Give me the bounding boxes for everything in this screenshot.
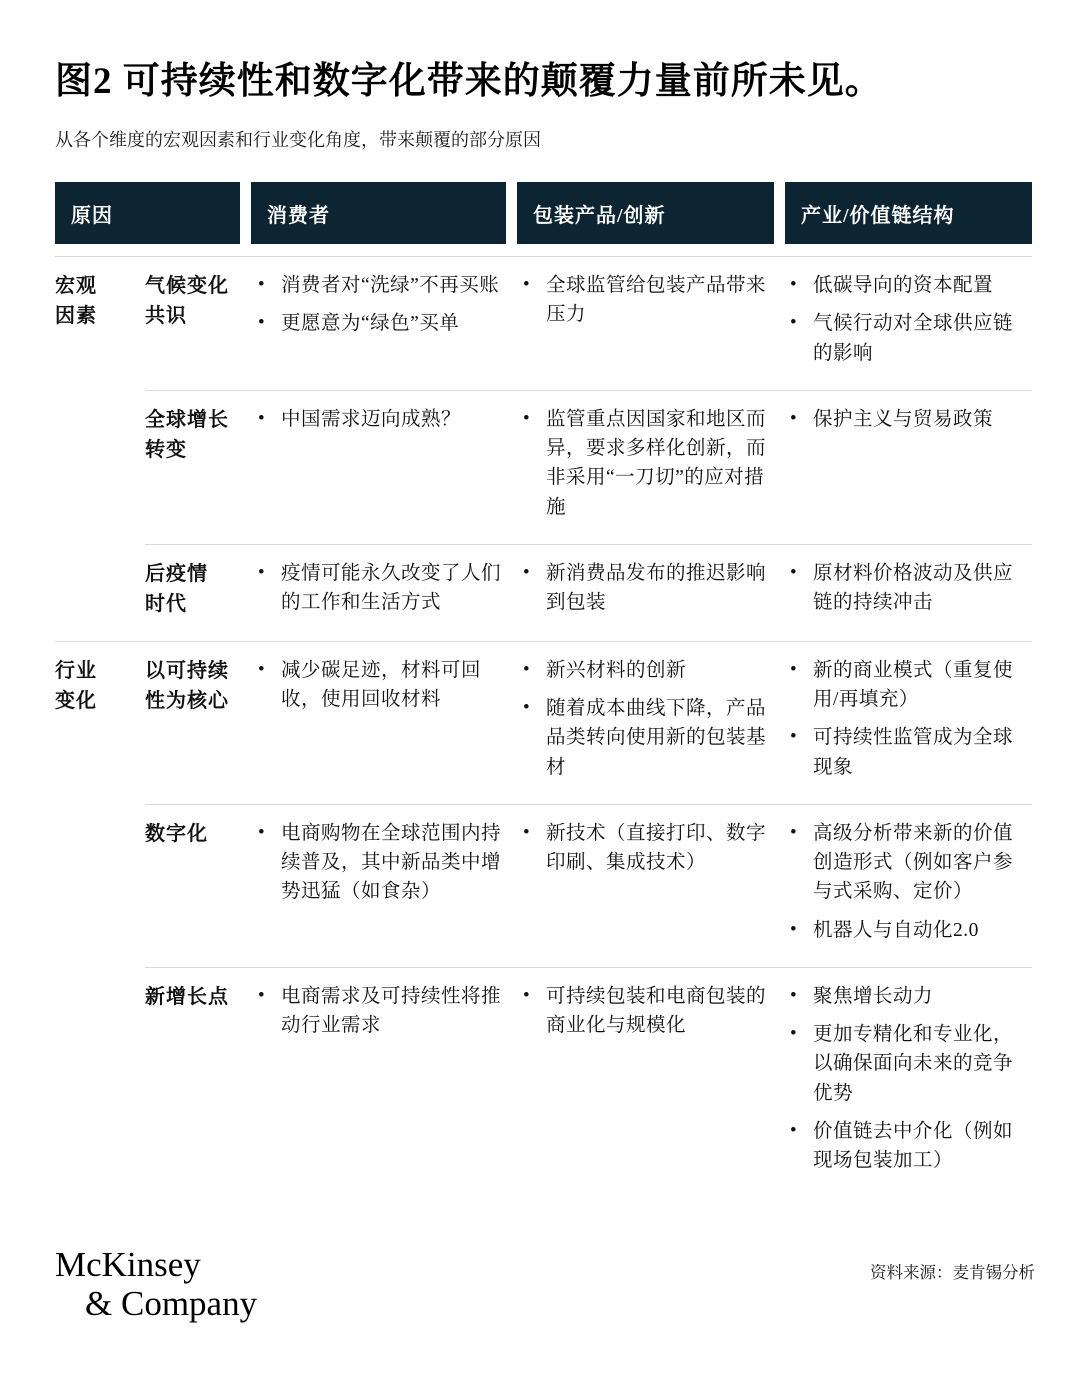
group-label: 宏观 因素 [55,257,145,641]
bullet-icon: • [516,694,546,723]
bullet-text: 新兴材料的创新 [546,656,773,685]
bullet-text: 减少碳足迹，材料可回收，使用回收材料 [281,656,506,715]
bullet-item: •聚焦增长动力 [783,982,1030,1011]
mckinsey-logo: McKinsey & Company [55,1245,257,1323]
bullet-item: •电商购物在全球范围内持续普及，其中新品类中增势迅猛（如食杂） [251,819,506,907]
group-label: 行业 变化 [55,642,145,1198]
industry-cell: •原材料价格波动及供应链的持续冲击 [773,559,1030,619]
column-header-cause: 原因 [55,182,240,244]
bullet-item: •新的商业模式（重复使用/再填充） [783,656,1030,715]
bullet-item: •消费者对“洗绿”不再买账 [251,271,506,300]
packaging-cell: •可持续包装和电商包装的商业化与规模化 [506,982,773,1176]
bullet-icon: • [516,405,546,434]
consumer-cell: •减少碳足迹，材料可回收，使用回收材料 [240,656,506,782]
bullet-item: •价值链去中介化（例如现场包装加工） [783,1117,1030,1176]
bullet-icon: • [783,309,813,338]
bullet-icon: • [783,559,813,588]
bullet-item: •可持续性监管成为全球现象 [783,723,1030,782]
bullet-text: 新技术（直接打印、数字印刷、集成技术） [546,819,773,878]
bullet-item: •可持续包装和电商包装的商业化与规模化 [516,982,773,1041]
bullet-text: 新的商业模式（重复使用/再填充） [813,656,1030,715]
packaging-cell: •全球监管给包装产品带来压力 [506,271,773,368]
bullet-icon: • [783,1020,813,1049]
bullet-text: 新消费品发布的推迟影响到包装 [546,559,773,618]
bullet-text: 低碳导向的资本配置 [813,271,1030,300]
packaging-cell: •新技术（直接打印、数字印刷、集成技术） [506,819,773,945]
bullet-icon: • [783,982,813,1011]
bullet-text: 全球监管给包装产品带来压力 [546,271,773,330]
bullet-text: 价值链去中介化（例如现场包装加工） [813,1117,1030,1176]
consumer-cell: •电商需求及可持续性将推动行业需求 [240,982,506,1176]
table-group: 宏观 因素气候变化 共识•消费者对“洗绿”不再买账•更愿意为“绿色”买单•全球监… [55,256,1032,641]
bullet-item: •全球监管给包装产品带来压力 [516,271,773,330]
group-rows: 以可持续 性为核心•减少碳足迹，材料可回收，使用回收材料•新兴材料的创新•随着成… [145,642,1032,1198]
bullet-item: •更愿意为“绿色”买单 [251,309,506,338]
cause-label: 新增长点 [145,982,240,1176]
cause-label: 数字化 [145,819,240,945]
column-header-packaging: 包装产品/创新 [517,182,774,244]
bullet-icon: • [783,1117,813,1146]
bullet-icon: • [783,723,813,752]
consumer-cell: •电商购物在全球范围内持续普及，其中新品类中增势迅猛（如食杂） [240,819,506,945]
bullet-text: 高级分析带来新的价值创造形式（例如客户参与式采购、定价） [813,819,1030,907]
bullet-icon: • [516,271,546,300]
bullet-text: 原材料价格波动及供应链的持续冲击 [813,559,1030,618]
consumer-cell: •中国需求迈向成熟？ [240,405,506,522]
table-row: 全球增长 转变•中国需求迈向成熟？•监管重点因国家和地区而异，要求多样化创新，而… [145,390,1032,544]
exhibit-page: 图2 可持续性和数字化带来的颠覆力量前所未见。 从各个维度的宏观因素和行业变化角… [0,0,1080,1364]
bullet-icon: • [516,656,546,685]
table-row: 以可持续 性为核心•减少碳足迹，材料可回收，使用回收材料•新兴材料的创新•随着成… [145,642,1032,804]
table-body: 宏观 因素气候变化 共识•消费者对“洗绿”不再买账•更愿意为“绿色”买单•全球监… [55,256,1032,1197]
table-row: 气候变化 共识•消费者对“洗绿”不再买账•更愿意为“绿色”买单•全球监管给包装产… [145,257,1032,390]
bullet-item: •高级分析带来新的价值创造形式（例如客户参与式采购、定价） [783,819,1030,907]
industry-cell: •低碳导向的资本配置•气候行动对全球供应链的影响 [773,271,1030,368]
consumer-cell: •疫情可能永久改变了人们的工作和生活方式 [240,559,506,619]
bullet-item: •疫情可能永久改变了人们的工作和生活方式 [251,559,506,618]
table-header-row: 原因 消费者 包装产品/创新 产业/价值链结构 [55,182,1032,244]
bullet-icon: • [251,819,281,848]
bullet-text: 保护主义与贸易政策 [813,405,1030,434]
bullet-item: •新技术（直接打印、数字印刷、集成技术） [516,819,773,878]
bullet-icon: • [251,271,281,300]
bullet-text: 消费者对“洗绿”不再买账 [281,271,506,300]
cause-label: 以可持续 性为核心 [145,656,240,782]
bullet-text: 机器人与自动化2.0 [813,916,1030,945]
bullet-item: •更加专精化和专业化，以确保面向未来的竞争优势 [783,1020,1030,1108]
source-note: 资料来源：麦肯锡分析 [870,1259,1035,1283]
bullet-item: •减少碳足迹，材料可回收，使用回收材料 [251,656,506,715]
page-footer: McKinsey & Company 资料来源：麦肯锡分析 [55,1245,1035,1323]
page-subtitle: 从各个维度的宏观因素和行业变化角度，带来颠覆的部分原因 [55,126,1032,152]
bullet-icon: • [783,819,813,848]
industry-cell: •聚焦增长动力•更加专精化和专业化，以确保面向未来的竞争优势•价值链去中介化（例… [773,982,1030,1176]
bullet-text: 更加专精化和专业化，以确保面向未来的竞争优势 [813,1020,1030,1108]
bullet-icon: • [783,656,813,685]
logo-line-1: McKinsey [55,1245,201,1284]
packaging-cell: •新兴材料的创新•随着成本曲线下降，产品品类转向使用新的包装基材 [506,656,773,782]
bullet-text: 更愿意为“绿色”买单 [281,309,506,338]
bullet-item: •新消费品发布的推迟影响到包装 [516,559,773,618]
bullet-item: •新兴材料的创新 [516,656,773,685]
bullet-item: •随着成本曲线下降，产品品类转向使用新的包装基材 [516,694,773,782]
bullet-icon: • [251,309,281,338]
page-title: 图2 可持续性和数字化带来的颠覆力量前所未见。 [55,50,1032,104]
bullet-text: 中国需求迈向成熟？ [281,405,506,434]
bullet-text: 电商购物在全球范围内持续普及，其中新品类中增势迅猛（如食杂） [281,819,506,907]
bullet-text: 可持续包装和电商包装的商业化与规模化 [546,982,773,1041]
bullet-item: •机器人与自动化2.0 [783,916,1030,945]
table-row: 数字化•电商购物在全球范围内持续普及，其中新品类中增势迅猛（如食杂）•新技术（直… [145,804,1032,967]
bullet-icon: • [251,982,281,1011]
bullet-text: 监管重点因国家和地区而异，要求多样化创新，而非采用“一刀切”的应对措施 [546,405,773,522]
cause-label: 气候变化 共识 [145,271,240,368]
bullet-text: 电商需求及可持续性将推动行业需求 [281,982,506,1041]
packaging-cell: •监管重点因国家和地区而异，要求多样化创新，而非采用“一刀切”的应对措施 [506,405,773,522]
cause-label: 后疫情 时代 [145,559,240,619]
industry-cell: •新的商业模式（重复使用/再填充）•可持续性监管成为全球现象 [773,656,1030,782]
bullet-icon: • [251,405,281,434]
bullet-icon: • [251,656,281,685]
bullet-icon: • [516,559,546,588]
cause-label: 全球增长 转变 [145,405,240,522]
logo-line-2: & Company [55,1284,257,1323]
bullet-item: •监管重点因国家和地区而异，要求多样化创新，而非采用“一刀切”的应对措施 [516,405,773,522]
column-header-consumer: 消费者 [251,182,506,244]
industry-cell: •保护主义与贸易政策 [773,405,1030,522]
bullet-icon: • [783,916,813,945]
group-rows: 气候变化 共识•消费者对“洗绿”不再买账•更愿意为“绿色”买单•全球监管给包装产… [145,257,1032,641]
bullet-item: •低碳导向的资本配置 [783,271,1030,300]
table-row: 后疫情 时代•疫情可能永久改变了人们的工作和生活方式•新消费品发布的推迟影响到包… [145,544,1032,641]
bullet-item: •保护主义与贸易政策 [783,405,1030,434]
consumer-cell: •消费者对“洗绿”不再买账•更愿意为“绿色”买单 [240,271,506,368]
bullet-icon: • [516,982,546,1011]
bullet-item: •中国需求迈向成熟？ [251,405,506,434]
bullet-item: •气候行动对全球供应链的影响 [783,309,1030,368]
bullet-item: •原材料价格波动及供应链的持续冲击 [783,559,1030,618]
bullet-text: 随着成本曲线下降，产品品类转向使用新的包装基材 [546,694,773,782]
bullet-item: •电商需求及可持续性将推动行业需求 [251,982,506,1041]
packaging-cell: •新消费品发布的推迟影响到包装 [506,559,773,619]
table-group: 行业 变化以可持续 性为核心•减少碳足迹，材料可回收，使用回收材料•新兴材料的创… [55,641,1032,1198]
disruption-table: 原因 消费者 包装产品/创新 产业/价值链结构 宏观 因素气候变化 共识•消费者… [55,182,1032,1197]
bullet-icon: • [516,819,546,848]
table-row: 新增长点•电商需求及可持续性将推动行业需求•可持续包装和电商包装的商业化与规模化… [145,967,1032,1198]
industry-cell: •高级分析带来新的价值创造形式（例如客户参与式采购、定价）•机器人与自动化2.0 [773,819,1030,945]
bullet-text: 气候行动对全球供应链的影响 [813,309,1030,368]
bullet-icon: • [783,271,813,300]
bullet-text: 可持续性监管成为全球现象 [813,723,1030,782]
bullet-icon: • [783,405,813,434]
bullet-icon: • [251,559,281,588]
bullet-text: 聚焦增长动力 [813,982,1030,1011]
bullet-text: 疫情可能永久改变了人们的工作和生活方式 [281,559,506,618]
column-header-industry: 产业/价值链结构 [785,182,1032,244]
